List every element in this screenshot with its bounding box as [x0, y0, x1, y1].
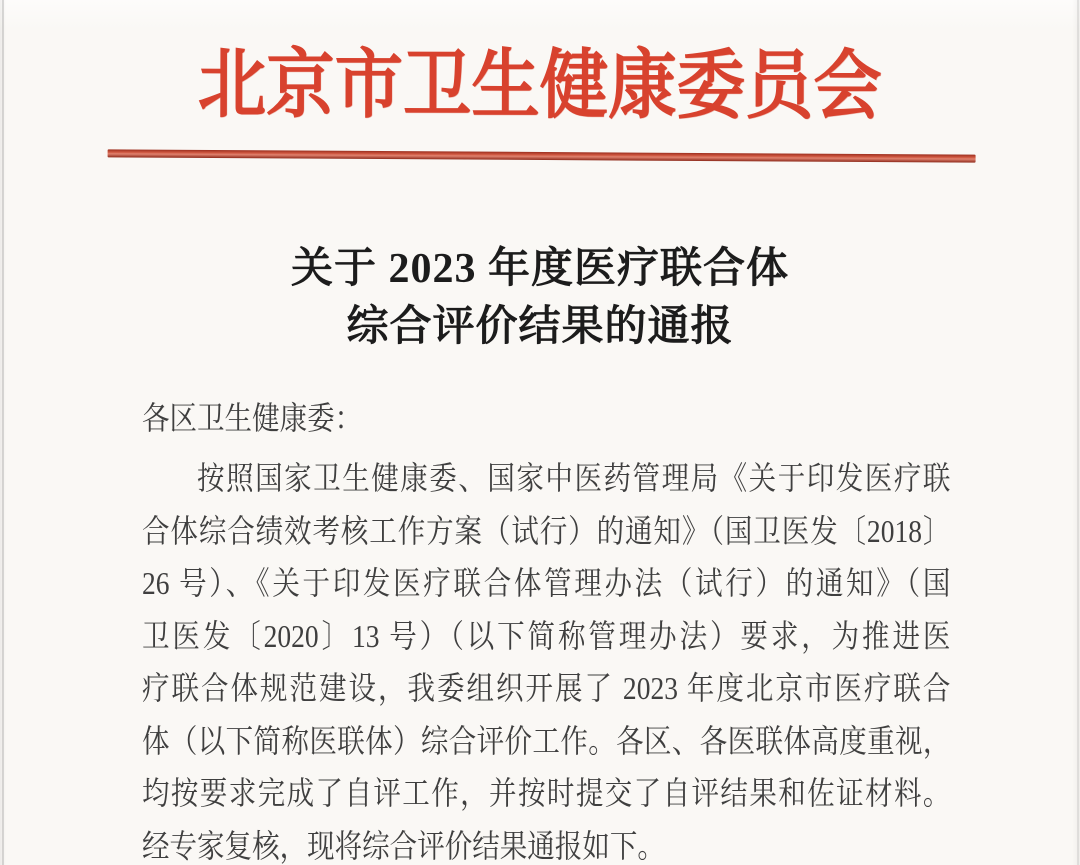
paragraph-line: 26 号）、《关于印发医疗联合体管理办法（试行）的通知》（国 [142, 557, 950, 610]
notice-title-line1: 关于 2023 年度医疗联合体 [0, 240, 1080, 298]
body-paragraph: 按照国家卫生健康委、国家中医药管理局《关于印发医疗联 合体综合绩效考核工作方案（… [142, 452, 950, 865]
letterhead-red-divider [108, 149, 976, 162]
paragraph-line: 均按要求完成了自评工作，并按时提交了自评结果和佐证材料。 [142, 767, 950, 820]
paragraph-line: 体（以下简称医联体）综合评价工作。各区、各医联体高度重视， [142, 715, 950, 768]
scan-edge-right [1077, 0, 1079, 865]
scanned-document-page: 北京市卫生健康委员会 关于 2023 年度医疗联合体 综合评价结果的通报 各区卫… [0, 0, 1080, 865]
paragraph-line: 按照国家卫生健康委、国家中医药管理局《关于印发医疗联 [142, 452, 950, 505]
paragraph-line: 经专家复核，现将综合评价结果通报如下。 [142, 820, 950, 865]
scan-edge-left [2, 0, 4, 865]
notice-title-line2: 综合评价结果的通报 [0, 298, 1080, 356]
paragraph-line: 卫医发〔2020〕13 号）（以下简称管理办法）要求，为推进医 [142, 610, 950, 663]
letterhead: 北京市卫生健康委员会 [0, 0, 1080, 1]
notice-title: 关于 2023 年度医疗联合体 综合评价结果的通报 [0, 240, 1080, 356]
agency-title: 北京市卫生健康委员会 [54, 39, 1026, 134]
paragraph-line: 合体综合绩效考核工作方案（试行）的通知》（国卫医发〔2018〕 [142, 505, 950, 558]
salutation: 各区卫生健康委： [142, 396, 362, 440]
paragraph-line: 疗联合体规范建设，我委组织开展了 2023 年度北京市医疗联合 [142, 662, 950, 715]
